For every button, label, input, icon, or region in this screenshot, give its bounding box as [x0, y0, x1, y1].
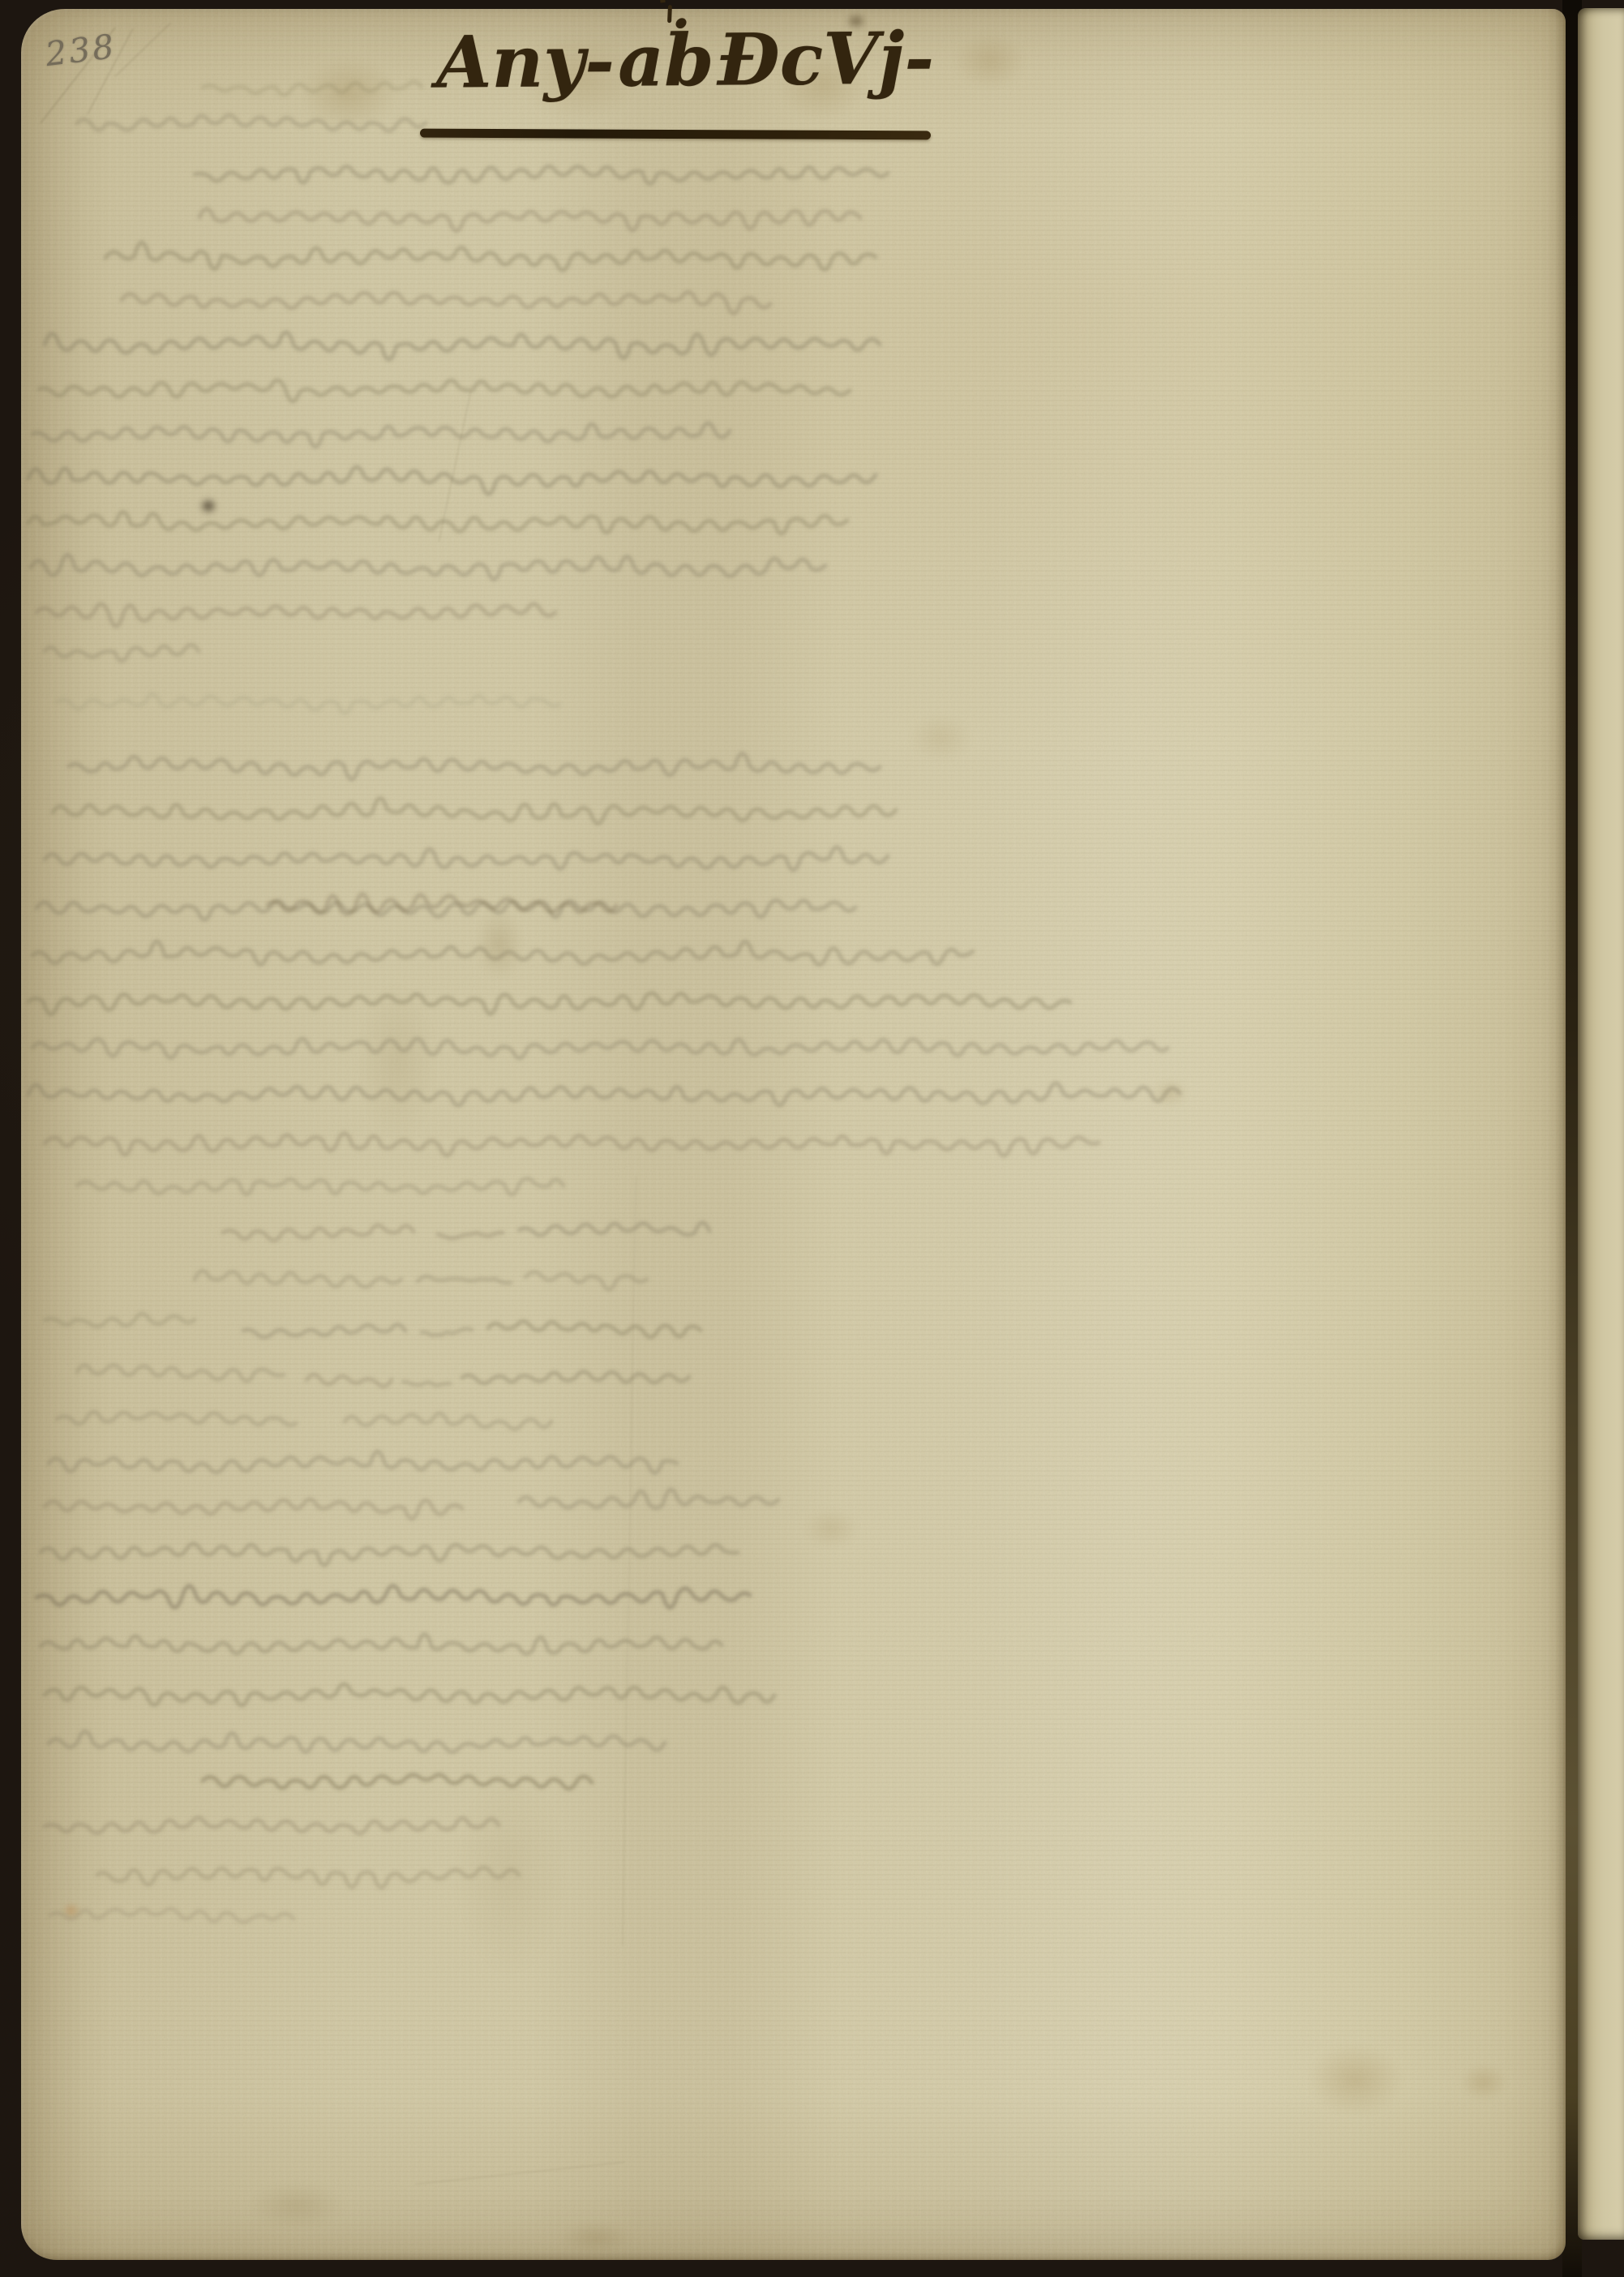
title-word-any: Any-: [436, 20, 615, 104]
folio-number: 238: [44, 30, 118, 71]
cross-icon: +: [642, 0, 681, 11]
title-year-numeral: ÐcVj-: [717, 17, 934, 101]
page-title: Any- + aḃ ÐcVj-: [436, 17, 935, 104]
manuscript-scan: 238 Any- + aḃ ÐcVj-: [0, 0, 1624, 2277]
manuscript-page: [21, 9, 1566, 2260]
title-abbreviation: + aḃ: [618, 19, 714, 102]
paper-noise-texture: [21, 9, 1566, 2260]
next-leaf-edge: [1578, 8, 1624, 2240]
paper-laid-texture: [21, 9, 1566, 2260]
cross-riser: [667, 5, 672, 23]
title-abbr-text: aḃ: [618, 18, 714, 103]
